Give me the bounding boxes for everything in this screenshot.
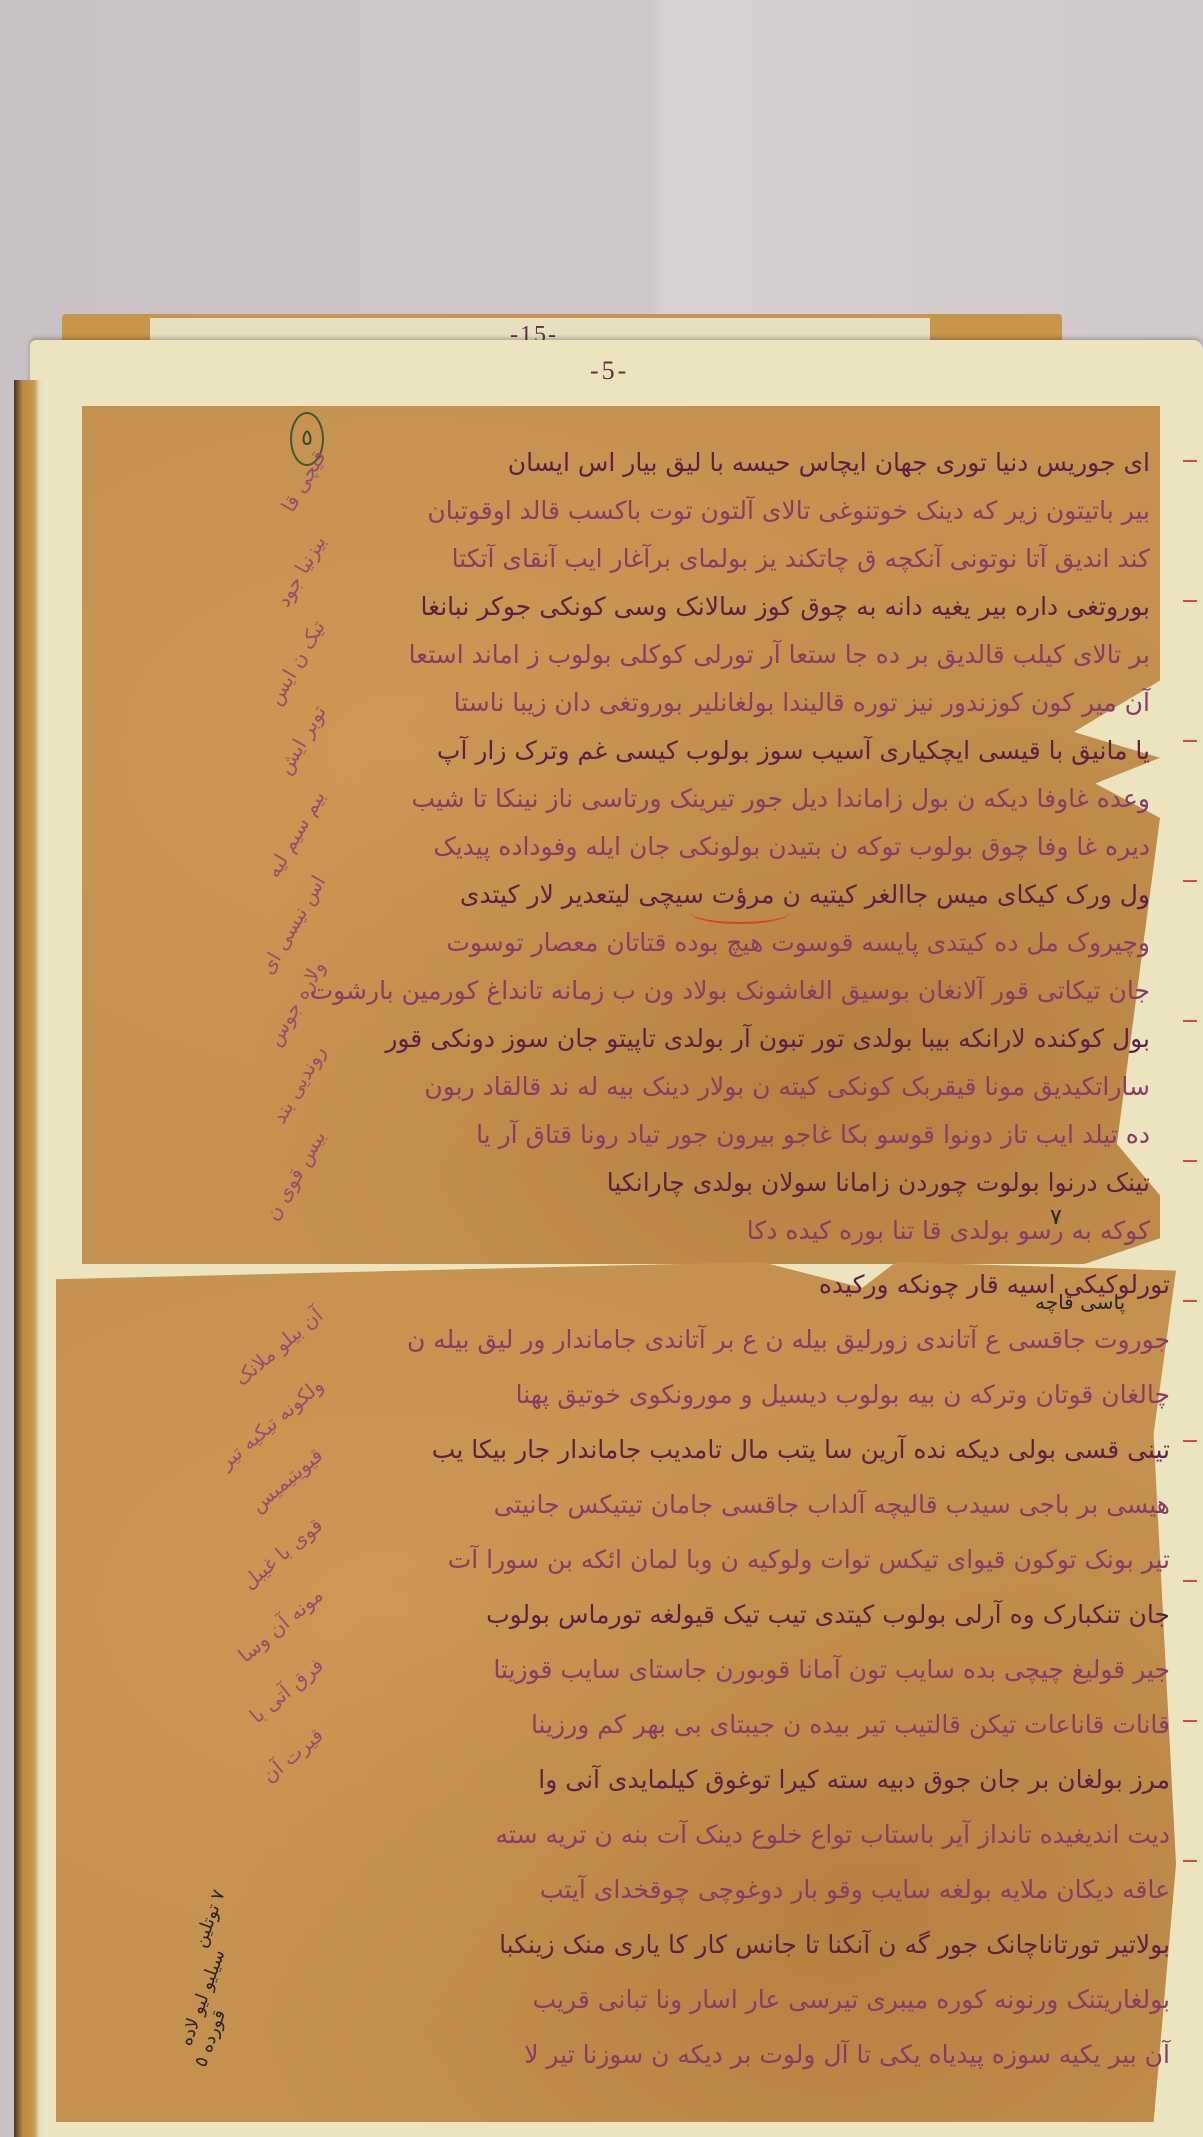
text-line: ای جوریس دنیا توری جهان ایچاس حیسه با لی… — [508, 448, 1150, 477]
text-line: وچیروک مل ده کیتدی پایسه قوسوت هیچ بوده … — [446, 928, 1150, 957]
text-line: هیسی بر باجی سیدب قالیچه آلداب جاقسی جام… — [494, 1490, 1170, 1519]
margin-line: قیرت آن — [257, 1723, 328, 1788]
text-line: تینک درنوا بولوت چوردن زامانا سولان بولد… — [607, 1168, 1150, 1197]
text-line: آن بیر یکیه سوزه پیدیاه یکی تا آل ولوت ب… — [524, 2040, 1170, 2069]
text-line: بول کوکنده لارانکه بیبا بولدی تور تبون آ… — [385, 1024, 1150, 1053]
text-line: بر تالای کیلب قالدیق بر ده جا ستعا آر تو… — [409, 640, 1150, 669]
ruler-tick — [1183, 1720, 1197, 1722]
ruler-tick — [1183, 880, 1197, 882]
text-line: بیر باتیتون زیر که دینک خوتنوغی تالای آل… — [427, 496, 1150, 525]
ruler-tick — [1183, 1860, 1197, 1862]
bottom-left-note: ٧ توتلینسیلیو لیو لادهقورده ٥ — [70, 1880, 220, 2120]
ruler-tick — [1183, 600, 1197, 602]
main-text-bottom: تورلوکیکی اسیه قار چونکه ورکیدهجوروت جاق… — [330, 1270, 1170, 2120]
text-line: ساراتکیدیق مونا قیقربک کونکی کیته ن بولا… — [424, 1072, 1150, 1101]
text-line: تینی قسی بولی دیکه نده آرین سا یتب مال ت… — [432, 1435, 1170, 1464]
text-line: جان تیکاتی قور آلانغان بوسیق الغاشونک بو… — [310, 976, 1150, 1005]
margin-line: بیس قوی ن — [260, 1126, 331, 1225]
text-line: یا مانیق با قیسی ایچکیاری آسیب سوز بولوب… — [437, 736, 1150, 765]
margin-text-left-top: قیچی قابیزنیا جودتیک ن ایستوبر ایشبیم سی… — [90, 440, 320, 1240]
mount-page-number: -5- — [590, 356, 629, 386]
text-line: بولاتیر تورتاناچانک جور گه ن آنکنا تا جا… — [499, 1930, 1170, 1959]
text-line: بوروتغی داره بیر یغیه دانه به چوق کوز سا… — [421, 592, 1150, 621]
text-line: کوکه به رسو بولدی قا تنا بوره کیده دکا — [747, 1216, 1150, 1245]
check-mark: ٧ — [1050, 1205, 1062, 1230]
main-text-top: ای جوریس دنیا توری جهان ایچاس حیسه با لی… — [330, 448, 1150, 1268]
ruler-tick — [1183, 460, 1197, 462]
ruler-tick — [1183, 1300, 1197, 1302]
ruler-tick — [1183, 1020, 1197, 1022]
text-line: دیت اندیغیده تانداز آیر باستاب تواع خلوع… — [496, 1820, 1170, 1849]
text-line: ول ورک کیکای میس جاالغر کیتیه ن مرؤت سیچ… — [460, 880, 1150, 909]
margin-line: قیویتیمیس — [246, 1443, 328, 1517]
ruler-tick — [1183, 740, 1197, 742]
text-line: ده تیلد ایب تاز دونوا قوسو بکا غاجو بیرو… — [476, 1120, 1150, 1149]
red-underline-mark — [690, 900, 790, 924]
text-line: تیر بونک توکون قیوای تیکس توات ولوکیه ن … — [448, 1545, 1170, 1574]
text-line: آن میر کون کوزندور نیز توره قالیندا بولغ… — [454, 688, 1150, 717]
ruler-tick — [1183, 1580, 1197, 1582]
margin-text-left-bottom: آن بیلو ملانکولکونه تیکیه تیرقیویتیمیسقو… — [60, 1300, 320, 1820]
text-line: چالغان قوتان وترکه ن بیه بولوب دیسیل و م… — [516, 1380, 1170, 1409]
text-line: جیر قولیغ چیچی بده سایب تون آمانا قوبورن… — [493, 1655, 1170, 1684]
text-line: وعده غاوفا دیکه ن بول زاماندا دیل جور تی… — [412, 784, 1150, 813]
text-line: بولغاریتنک ورنونه کوره میبری تیرسی عار ا… — [533, 1985, 1170, 2014]
text-line: قانات قاناعات تیکن قالتیب تیر بیده ن جیب… — [531, 1710, 1170, 1739]
text-line: مرز بولغان بر جان جوق دبیه سته کیرا توغو… — [538, 1765, 1170, 1794]
binding-spine — [14, 380, 48, 2137]
margin-ruler — [1173, 400, 1203, 2137]
margin-line: قوی با غیبل — [238, 1513, 328, 1594]
text-line: کند اندیق آتا نوتونی آنکچه ق چاتکند یز ب… — [452, 544, 1150, 573]
mid-right-note: پاسی قاچه — [1035, 1290, 1125, 1314]
text-line: جان تنکبارک وه آرلی بولوب کیتدی تیب تیک … — [486, 1600, 1170, 1629]
text-line: دیره غا وفا چوق بولوب توکه ن بتیدن بولون… — [433, 832, 1150, 861]
ruler-tick — [1183, 1440, 1197, 1442]
text-line: جوروت جاقسی ع آتاندی زورلیق بیله ن ع بر … — [407, 1325, 1170, 1354]
text-line: عاقه دیکان ملایه بولغه سایب وقو بار دوغو… — [540, 1875, 1170, 1904]
margin-line: فرق آتی با — [245, 1653, 328, 1728]
ruler-tick — [1183, 1160, 1197, 1162]
